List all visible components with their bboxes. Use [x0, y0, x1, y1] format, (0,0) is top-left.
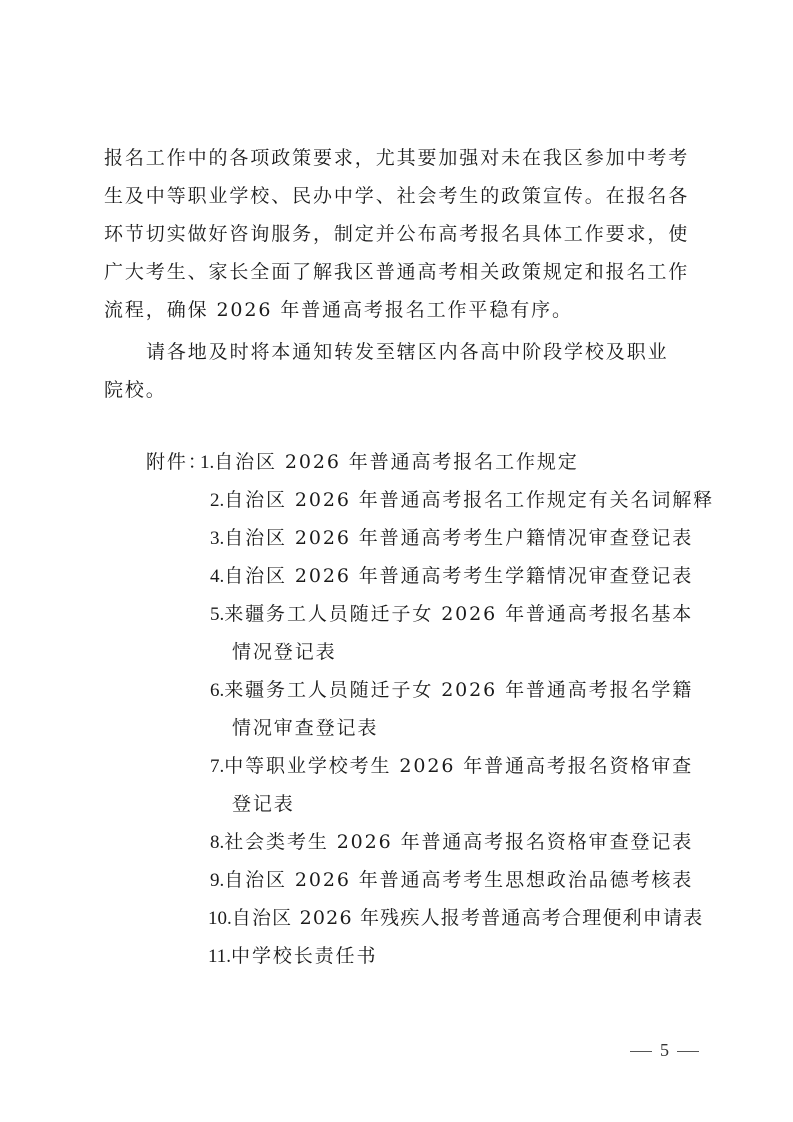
body-text-line: 环节切实做好咨询服务，制定并公布高考报名具体工作要求，使	[104, 222, 689, 246]
page-number-value: 5	[660, 1040, 669, 1060]
body-text-line: 请各地及时将本通知转发至辖区内各高中阶段学校及职业	[146, 340, 669, 364]
dash-right	[677, 1051, 699, 1052]
attachment-number: 3.	[210, 528, 224, 549]
attachment-item-9: 9.自治区 2026 年普通高考考生思想政治品德考核表	[210, 868, 693, 893]
attachment-title: 来疆务工人员随迁子女 2026 年普通高考报名基本	[224, 603, 693, 625]
attachment-item-1: 1.自治区 2026 年普通高考报名工作规定	[200, 450, 579, 475]
attachment-title: 自治区 2026 年普通高考考生学籍情况审查登记表	[224, 565, 693, 587]
attachment-title: 社会类考生 2026 年普通高考报名资格审查登记表	[224, 831, 693, 853]
attachment-title-continuation: 情况审查登记表	[232, 716, 378, 740]
attachment-title: 自治区 2026 年普通高考考生思想政治品德考核表	[224, 869, 693, 891]
attachment-number: 5.	[210, 604, 224, 625]
attachment-title: 来疆务工人员随迁子女 2026 年普通高考报名学籍	[224, 679, 693, 701]
attachment-title-continuation: 登记表	[232, 792, 295, 816]
attachment-title: 自治区 2026 年普通高考考生户籍情况审查登记表	[224, 527, 693, 549]
attachment-number: 4.	[210, 566, 224, 587]
body-text-line: 院校。	[104, 378, 167, 402]
attachment-item-8: 8.社会类考生 2026 年普通高考报名资格审查登记表	[210, 830, 693, 855]
attachment-item-10: 10.自治区 2026 年残疾人报考普通高考合理便利申请表	[208, 906, 703, 931]
attachment-title: 自治区 2026 年普通高考报名工作规定	[214, 451, 578, 473]
attachment-item-7: 7.中等职业学校考生 2026 年普通高考报名资格审查	[210, 754, 693, 779]
attachment-number: 2.	[210, 490, 224, 511]
attachment-title: 中等职业学校考生 2026 年普通高考报名资格审查	[224, 755, 693, 777]
attachment-title: 自治区 2026 年普通高考报名工作规定有关名词解释	[224, 489, 714, 511]
attachment-number: 11.	[208, 946, 231, 967]
body-text-line: 报名工作中的各项政策要求，尤其要加强对未在我区参加中考考	[104, 146, 689, 170]
attachment-number: 6.	[210, 680, 224, 701]
attachment-number: 10.	[208, 908, 232, 929]
attachment-title: 中学校长责任书	[231, 945, 377, 967]
attachment-item-3: 3.自治区 2026 年普通高考考生户籍情况审查登记表	[210, 526, 693, 551]
attachment-number: 1.	[200, 452, 214, 473]
attachment-item-2: 2.自治区 2026 年普通高考报名工作规定有关名词解释	[210, 488, 714, 513]
attachment-item-4: 4.自治区 2026 年普通高考考生学籍情况审查登记表	[210, 564, 693, 589]
attachment-title-continuation: 情况登记表	[232, 640, 337, 664]
attachment-number: 8.	[210, 832, 224, 853]
attachment-item-11: 11.中学校长责任书	[208, 944, 377, 969]
attachment-number: 9.	[210, 870, 224, 891]
attachment-title: 自治区 2026 年残疾人报考普通高考合理便利申请表	[232, 907, 704, 929]
dash-left	[630, 1051, 652, 1052]
body-text-line: 生及中等职业学校、民办中学、社会考生的政策宣传。在报名各	[104, 184, 689, 208]
body-text-line: 流程，确保 2026 年普通高考报名工作平稳有序。	[104, 298, 573, 322]
page-number: 5	[622, 1040, 707, 1061]
attachment-item-5: 5.来疆务工人员随迁子女 2026 年普通高考报名基本	[210, 602, 693, 627]
body-text-line: 广大考生、家长全面了解我区普通高考相关政策规定和报名工作	[104, 260, 689, 284]
attachment-item-6: 6.来疆务工人员随迁子女 2026 年普通高考报名学籍	[210, 678, 693, 703]
attachment-number: 7.	[210, 756, 224, 777]
